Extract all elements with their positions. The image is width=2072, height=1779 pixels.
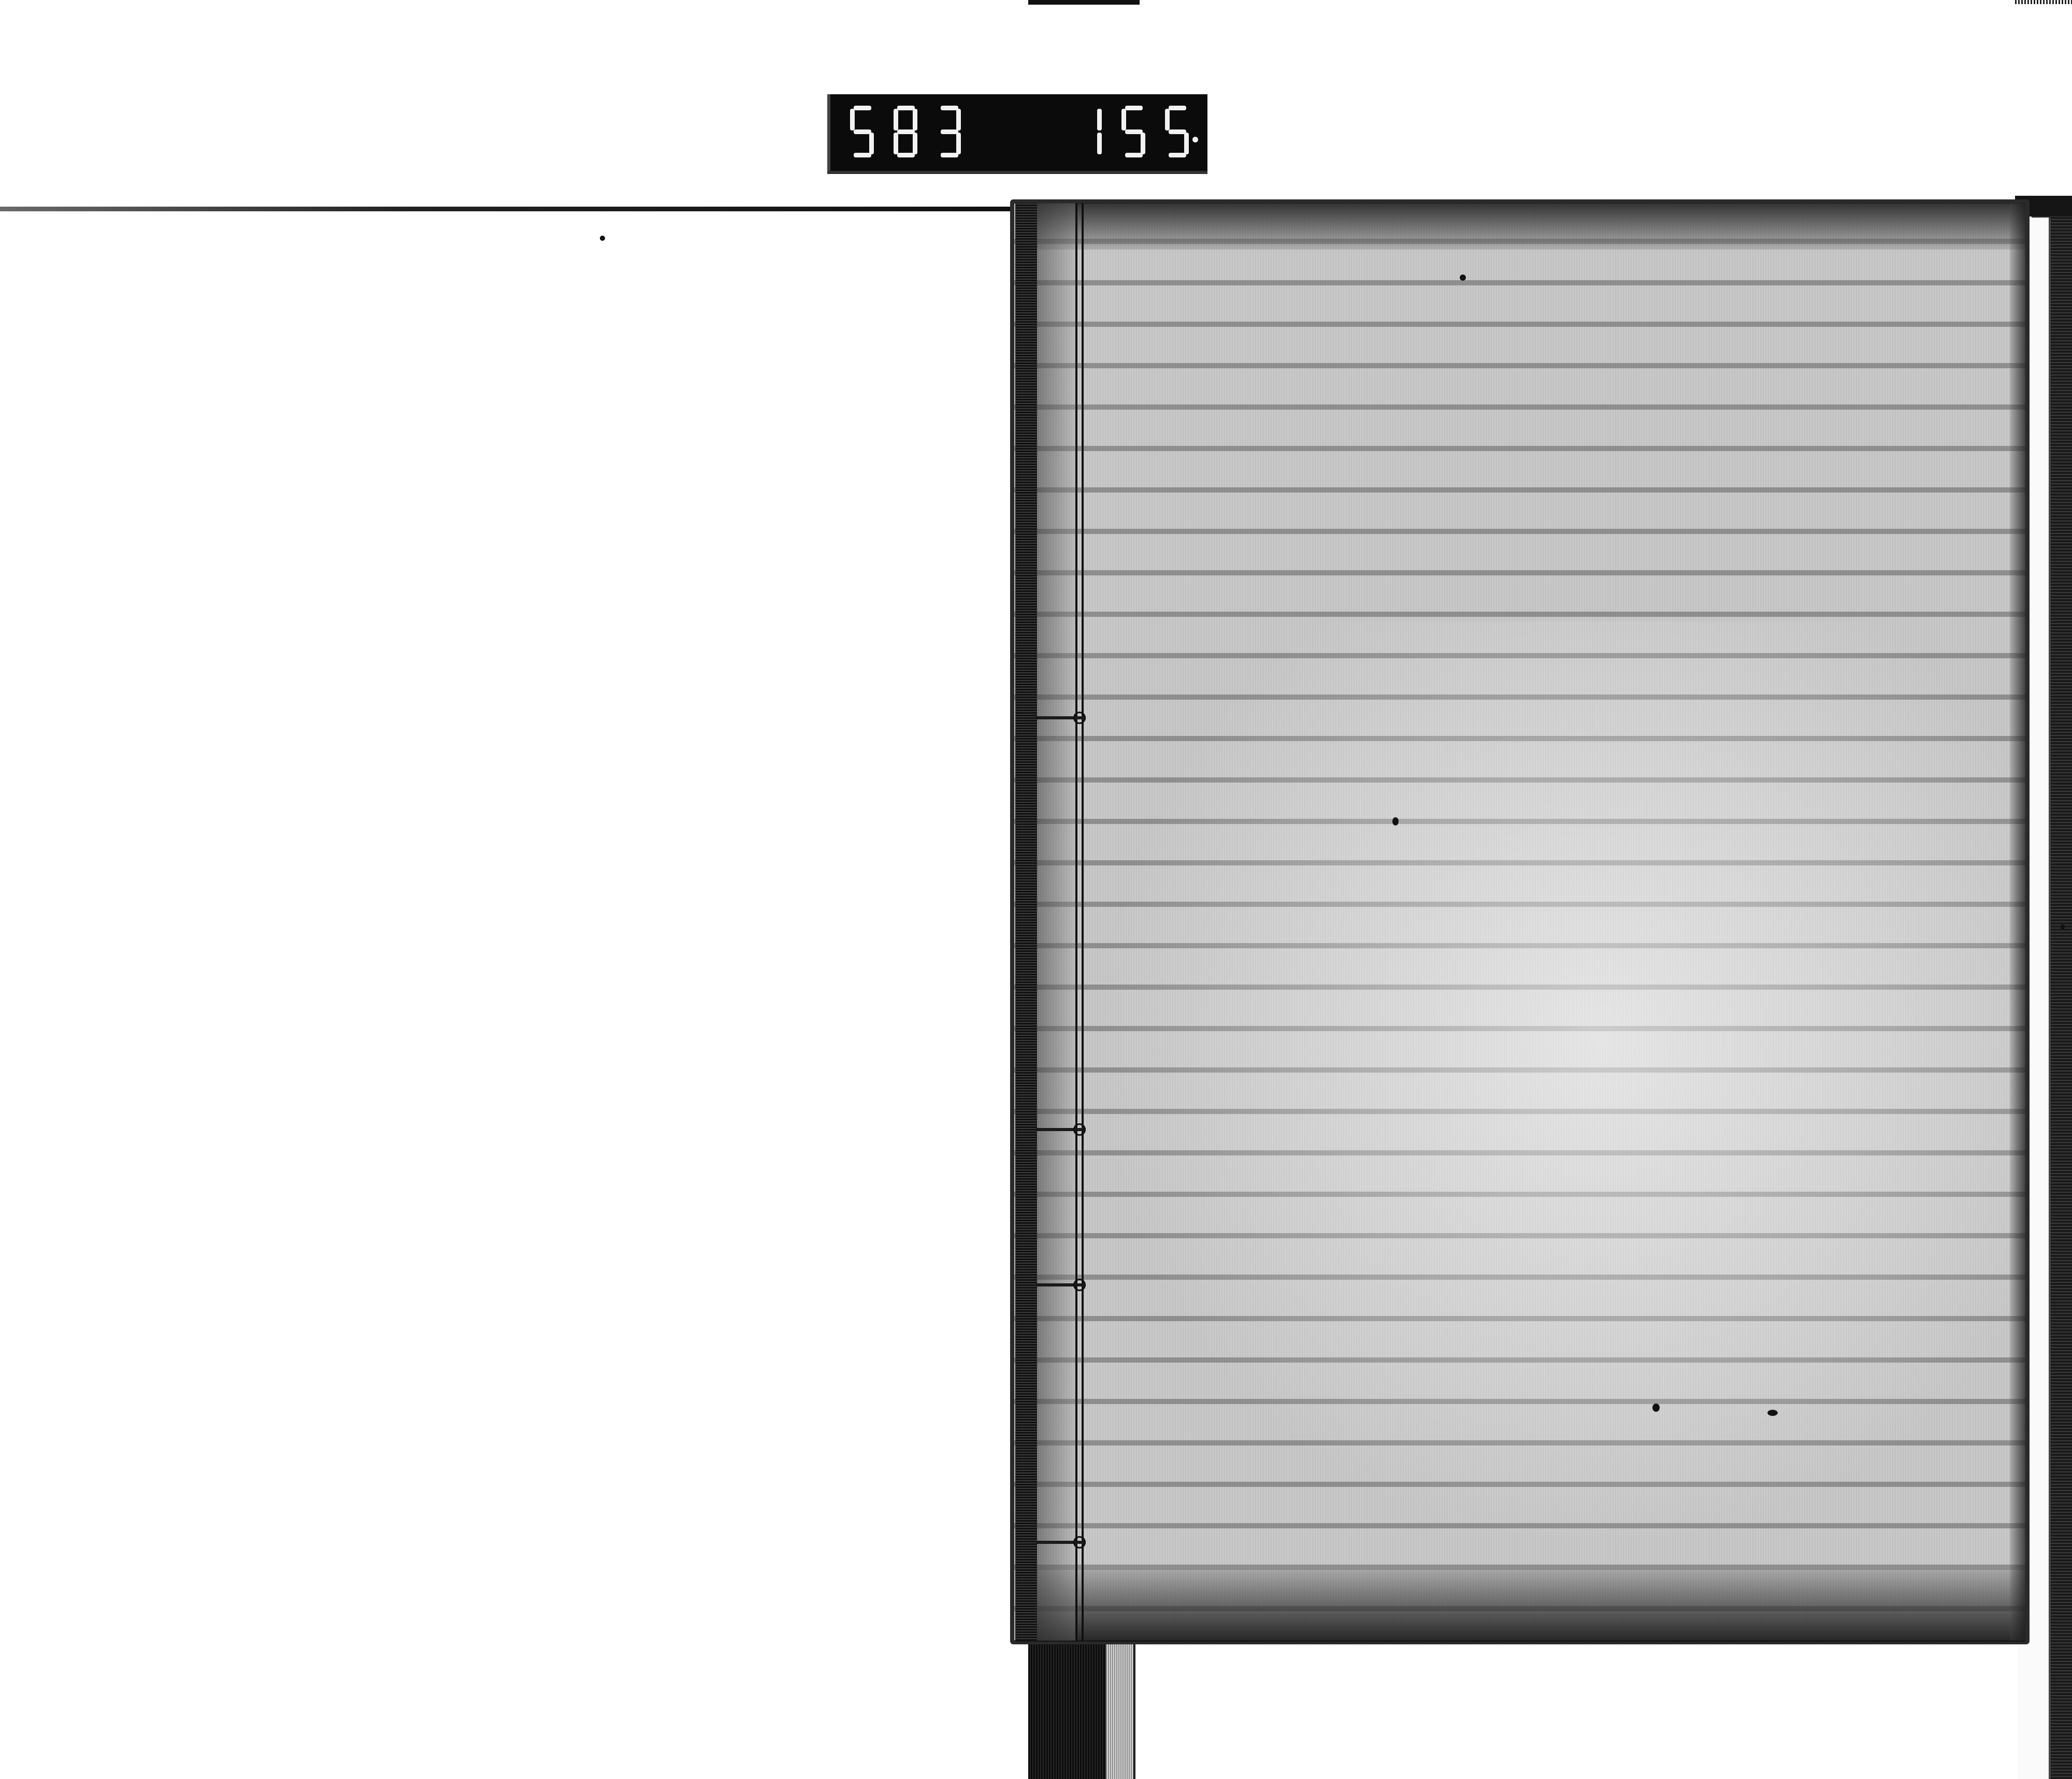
seven-segment-digit — [1121, 106, 1145, 157]
scanner-edge-fragment-right — [2015, 0, 2072, 4]
book-bottom-wear — [1015, 1569, 2025, 1642]
segment — [1125, 153, 1143, 157]
book-top-wear — [1015, 203, 2025, 250]
dust-speck — [2061, 924, 2065, 930]
segment — [1125, 129, 1143, 134]
underlay-dark-block — [1028, 1642, 1106, 1779]
underlay-light-strip — [1106, 1642, 1134, 1779]
underlay-edge-line — [1133, 1642, 1135, 1779]
seven-segment-digit — [1165, 106, 1189, 157]
book-right-edge — [2010, 203, 2025, 1641]
segment — [1125, 106, 1143, 110]
segment — [1097, 133, 1102, 154]
binding-knot — [1073, 712, 1086, 724]
segment — [897, 106, 915, 110]
segment — [897, 153, 915, 157]
segment — [854, 153, 871, 157]
segment — [956, 109, 961, 131]
segment — [1141, 133, 1145, 154]
binding-thread — [1075, 203, 1077, 1641]
scanner-edge-fragment — [1028, 0, 1140, 5]
frame-counter: 583 155. — [827, 94, 1207, 171]
frame-counter-right-number — [1078, 106, 1189, 157]
horizontal-rule — [0, 207, 1018, 211]
segment — [897, 129, 915, 134]
binding-knot — [1073, 1279, 1086, 1291]
dust-speck — [600, 236, 605, 241]
segment — [913, 109, 917, 131]
segment — [869, 133, 874, 154]
segment — [941, 129, 958, 134]
dust-speck — [1767, 1410, 1778, 1416]
segment — [854, 106, 871, 110]
dust-speck — [1392, 817, 1399, 826]
segment — [1169, 106, 1186, 110]
book-spine-edge — [1015, 203, 1037, 1641]
dust-speck — [1652, 1404, 1660, 1412]
segment — [1165, 109, 1170, 131]
dust-speck — [1460, 274, 1466, 281]
seven-segment-digit — [894, 106, 917, 157]
segment — [854, 129, 871, 134]
segment — [850, 109, 855, 131]
segment — [894, 133, 898, 154]
segment — [1169, 153, 1186, 157]
decimal-point — [1192, 137, 1198, 142]
seven-segment-digit — [1078, 106, 1102, 157]
binding-knot — [1073, 1536, 1086, 1549]
segment — [956, 133, 961, 154]
seven-segment-digit — [850, 106, 874, 157]
segment — [1121, 109, 1126, 131]
binding-thread — [1082, 203, 1084, 1641]
segment — [941, 153, 958, 157]
seven-segment-digit — [937, 106, 961, 157]
book-spine-area — [1037, 203, 1076, 1641]
segment — [1097, 109, 1102, 131]
segment — [913, 133, 917, 154]
background-edge-line — [2049, 218, 2051, 1779]
segment — [894, 109, 898, 131]
binding-knot — [1073, 1123, 1086, 1136]
book-faded-area — [1093, 621, 2015, 1554]
segment — [1184, 133, 1189, 154]
frame-counter-left-number — [850, 106, 961, 157]
segment — [1169, 129, 1186, 134]
segment — [941, 106, 958, 110]
